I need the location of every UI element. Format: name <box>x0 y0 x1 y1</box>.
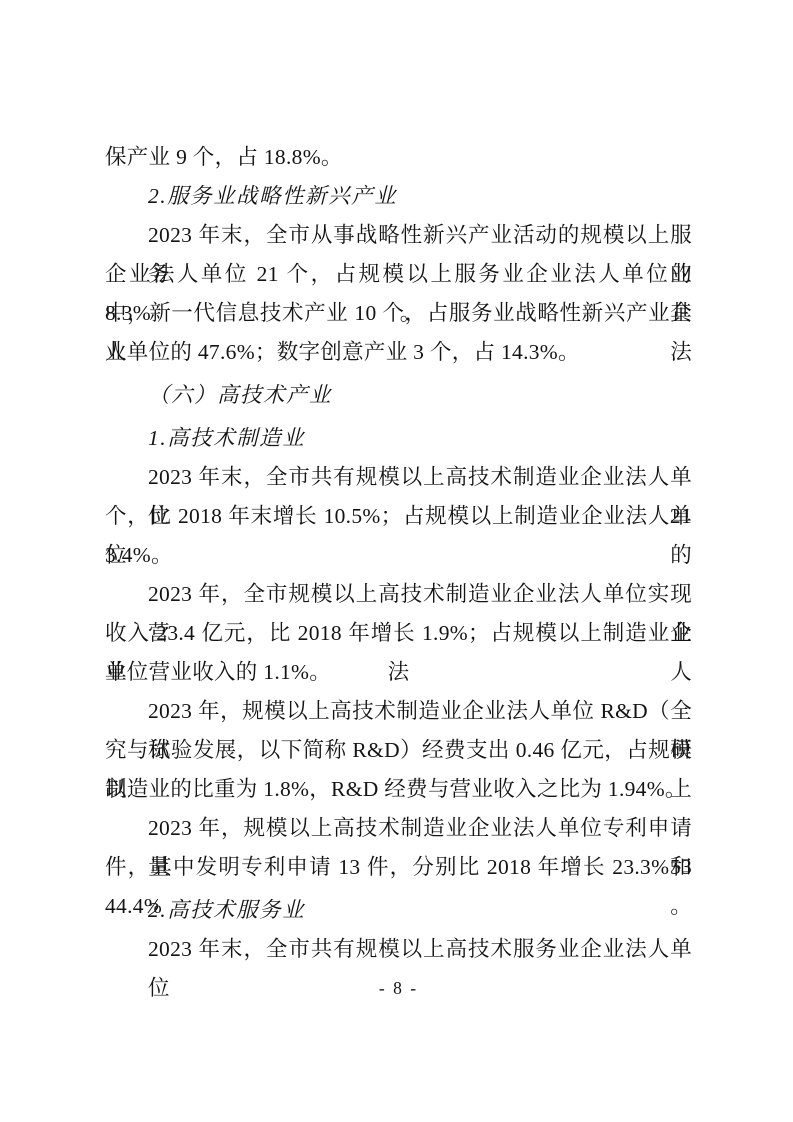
body-text-line: 2023 年，规模以上高技术制造业企业法人单位 R&D（全称研 <box>105 692 692 731</box>
body-text-line: 企业法人单位 21 个，占规模以上服务业企业法人单位的 8.3%。其 <box>105 255 692 294</box>
page-number: - 8 - <box>105 978 692 998</box>
body-text-line: 收入 23.4 亿元，比 2018 年增长 1.9%；占规模以上制造业企业法人 <box>105 614 692 653</box>
document-page: 保产业 9 个，占 18.8%。 2.服务业战略性新兴产业 2023 年末，全市… <box>0 0 793 1122</box>
document-body: 保产业 9 个，占 18.8%。 2.服务业战略性新兴产业 2023 年末，全市… <box>105 138 692 969</box>
body-text-line: 2023 年末，全市从事战略性新兴产业活动的规模以上服务业 <box>105 216 692 255</box>
body-text-line: 2023 年末，全市共有规模以上高技术制造业企业法人单位 21 <box>105 458 692 497</box>
body-text-line: 2023 年，规模以上高技术制造业企业法人单位专利申请量 53 <box>105 809 692 848</box>
body-text-line: 中，新一代信息技术产业 10 个，占服务业战略性新兴产业企业法 <box>105 294 692 333</box>
heading-2-service-strategic-emerging: 2.服务业战略性新兴产业 <box>105 177 692 216</box>
body-text-line: 件，其中发明专利申请 13 件，分别比 2018 年增长 23.3%和 44.4… <box>105 848 692 887</box>
body-text-line: 个，比 2018 年末增长 10.5%；占规模以上制造业企业法人单位的 <box>105 497 692 536</box>
heading-1-high-tech-manufacturing: 1.高技术制造业 <box>105 419 692 458</box>
body-text-line: 2023 年，全市规模以上高技术制造业企业法人单位实现营业 <box>105 575 692 614</box>
body-text-line: 保产业 9 个，占 18.8%。 <box>105 138 692 177</box>
body-text-line: 究与试验发展，以下简称 R&D）经费支出 0.46 亿元，占规模以上 <box>105 731 692 770</box>
body-text-line: 2023 年末，全市共有规模以上高技术服务业企业法人单位 <box>105 930 692 969</box>
heading-6-high-tech-industry: （六）高技术产业 <box>105 376 692 415</box>
body-text-line: 制造业的比重为 1.8%，R&D 经费与营业收入之比为 1.94%。 <box>105 770 692 809</box>
